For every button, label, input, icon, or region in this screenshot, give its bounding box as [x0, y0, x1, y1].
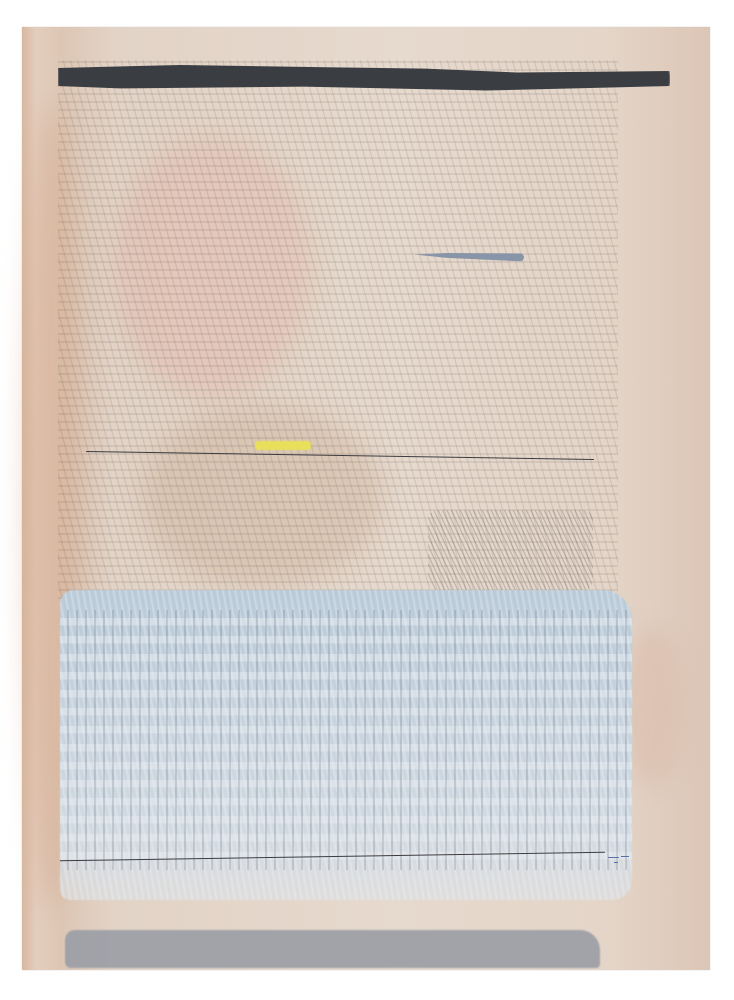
dense-scribble-patch [428, 510, 593, 590]
yellow-dash-mark [255, 441, 311, 450]
artist-signature [608, 854, 630, 864]
blue-field-pencil-ticks [60, 610, 632, 870]
bottom-grey-bar [65, 930, 600, 968]
